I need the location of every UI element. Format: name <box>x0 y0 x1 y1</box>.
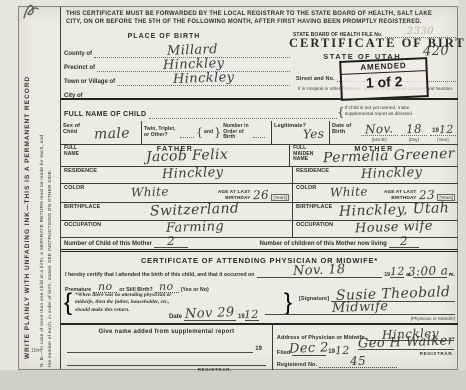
mother-occupation-value: House wife <box>355 220 433 236</box>
scanned-birth-certificate: WRITE PLAINLY WITH UNFADING INK—THIS IS … <box>0 0 466 390</box>
town-label: Town or Village of <box>64 79 115 86</box>
father-color-value: White <box>131 185 169 198</box>
filed-date-value: Dec 2 <box>289 341 329 355</box>
sex-value: male <box>94 126 130 141</box>
mother-color-label: COLOR <box>296 185 316 191</box>
sex-label: Sex of Child <box>63 123 85 135</box>
father-age-unit: [Years] <box>271 194 289 201</box>
footnote-line1: *When there was no attending physician o… <box>75 292 281 299</box>
children-living-value: 2 <box>400 235 408 247</box>
registrar-section: Give name added from supplemental report… <box>61 323 458 370</box>
month-sublabel: [Month] <box>372 137 387 142</box>
attendant-date-value: Nov 29 <box>185 306 235 321</box>
registrar-sublabel: REGISTRAR. <box>198 367 232 372</box>
father-color-label: COLOR <box>64 185 84 191</box>
attendant-date-label: Date <box>169 314 182 321</box>
registered-no-label: Registered No. <box>277 362 317 368</box>
filing-box: Address of Physician or Midwife Hinckley… <box>273 325 458 370</box>
occurred-date-value: Nov. 18 <box>293 263 346 278</box>
county-label: County of <box>64 51 92 58</box>
mother-birthplace-label: BIRTHPLACE <box>296 204 332 210</box>
birth-order-label: Number in Order of Birth <box>223 124 251 141</box>
father-residence-label: RESIDENCE <box>64 168 97 174</box>
children-count-row: Number of Child of this Mother 2 Number … <box>61 238 458 252</box>
occurred-year-value: 12 <box>390 266 405 278</box>
left-margin-strip: WRITE PLAINLY WITH UNFADING INK—THIS IS … <box>19 7 61 369</box>
mother-age-label: AGE AT LAST BIRTHDAY <box>382 190 416 201</box>
father-age-value: 26 <box>253 189 269 202</box>
street-label: Street and No. <box>296 76 335 82</box>
mother-birthplace-value: Hinckley, Utah <box>338 201 449 219</box>
forwarding-note-line1: THIS CERTIFICATE MUST BE FORWARDED BY TH… <box>66 11 454 19</box>
twin-label: Twin, Triplet, or Other? <box>144 127 178 138</box>
amended-stamp: AMENDED 1 of 2 <box>339 57 429 101</box>
legitimate-label: Legitimate? <box>274 123 300 129</box>
mother-age-value: 23 <box>419 189 435 202</box>
birth-day-value: 18 <box>405 123 421 136</box>
child-number-value: 2 <box>167 235 175 247</box>
town-value: Hinckley <box>173 71 235 86</box>
father-birthplace-label: BIRTHPLACE <box>64 204 100 210</box>
mother-color-value: White <box>330 185 368 198</box>
forwarding-note: THIS CERTIFICATE MUST BE FORWARDED BY TH… <box>66 11 454 27</box>
father-occupation-label: OCCUPATION <box>64 222 101 228</box>
father-occupation-value: Farming <box>166 220 225 235</box>
children-living-label: Number of children of this Mother now li… <box>260 241 387 248</box>
stillbirth-value: no <box>159 281 174 292</box>
mother-residence-value: Hinckley <box>361 166 423 181</box>
father-residence-value: Hinckley <box>162 166 224 181</box>
brace-glyph: } <box>214 126 221 139</box>
filed-year-value: 12 <box>335 345 350 357</box>
premature-value: no <box>98 281 113 292</box>
brace-glyph: { <box>196 126 203 139</box>
day-sublabel: [Day] <box>409 137 419 142</box>
mother-name-value: Permelia Greener <box>323 147 455 166</box>
filed-by-signature: Geo H Walker <box>358 334 455 350</box>
mother-residence-label: RESIDENCE <box>296 168 329 174</box>
parents-grid: FATHER FULL NAME Jacob Felix MOTHER FULL… <box>61 145 458 238</box>
scan-edge-bottom <box>0 370 466 390</box>
scan-edge-right <box>458 0 466 390</box>
certificate-paper: WRITE PLAINLY WITH UNFADING INK—THIS IS … <box>18 6 458 370</box>
father-name-value: Jacob Felix <box>146 148 229 165</box>
brace-glyph: { <box>64 292 72 314</box>
amended-stamp-count: 1 of 2 <box>342 71 427 93</box>
precinct-label: Precinct of <box>64 65 95 72</box>
margin-nb-note-line2: the number of each, in order of birth, s… <box>48 37 53 367</box>
pen-mark-icon <box>20 0 50 22</box>
father-age-label: AGE AT LAST BIRTHDAY <box>216 190 250 201</box>
registered-no-value: 45 <box>350 355 366 368</box>
date-of-birth-label: Date of Birth <box>332 123 358 135</box>
brace-glyph: { <box>337 105 345 119</box>
father-birthplace-value: Switzerland <box>150 201 240 218</box>
birth-year-value: 12 <box>439 124 454 136</box>
margin-permanent-record-note: WRITE PLAINLY WITH UNFADING INK—THIS IS … <box>24 19 31 359</box>
child-name-note-line2: supplemental report as directed <box>345 112 412 118</box>
birth-month-value: Nov. <box>365 123 394 136</box>
legitimate-value: Yes <box>303 128 325 141</box>
attendant-role-value: Midwife <box>331 300 388 315</box>
certify-statement: I hereby certify that I attended the bir… <box>65 272 255 278</box>
margin-nb-note-line1: N. B.—In case of more than one child at … <box>40 37 45 367</box>
child-detail-row: Sex of Child male Twin, Triplet, or Othe… <box>61 121 458 145</box>
supplemental-report-label: Give name added from supplemental report <box>67 329 266 335</box>
physician-or-midwife-sublabel: [Physician or Midwife] <box>265 316 455 321</box>
supplemental-report-box: Give name added from supplemental report… <box>61 325 273 370</box>
mother-occupation-label: OCCUPATION <box>296 222 333 228</box>
print-code: 10m <box>31 348 41 354</box>
child-name-label: FULL NAME OF CHILD <box>64 111 147 119</box>
and-label: and <box>204 130 213 136</box>
forwarding-note-line2: CITY, ON OR BEFORE THE 5TH OF THE FOLLOW… <box>66 19 454 27</box>
occurred-time-value: 3:00 a. <box>407 264 452 278</box>
child-number-label: Number of Child of this Mother <box>64 241 152 248</box>
year-sublabel: [Year] <box>437 137 448 142</box>
certificate-form: THIS CERTIFICATE MUST BE FORWARDED BY TH… <box>61 7 458 371</box>
supplemental-year-prefix: 19 <box>255 346 262 353</box>
attendant-year-value: 12 <box>244 309 259 321</box>
place-of-birth-heading: PLACE OF BIRTH <box>89 33 239 40</box>
year-prefix: 19 <box>432 128 439 135</box>
